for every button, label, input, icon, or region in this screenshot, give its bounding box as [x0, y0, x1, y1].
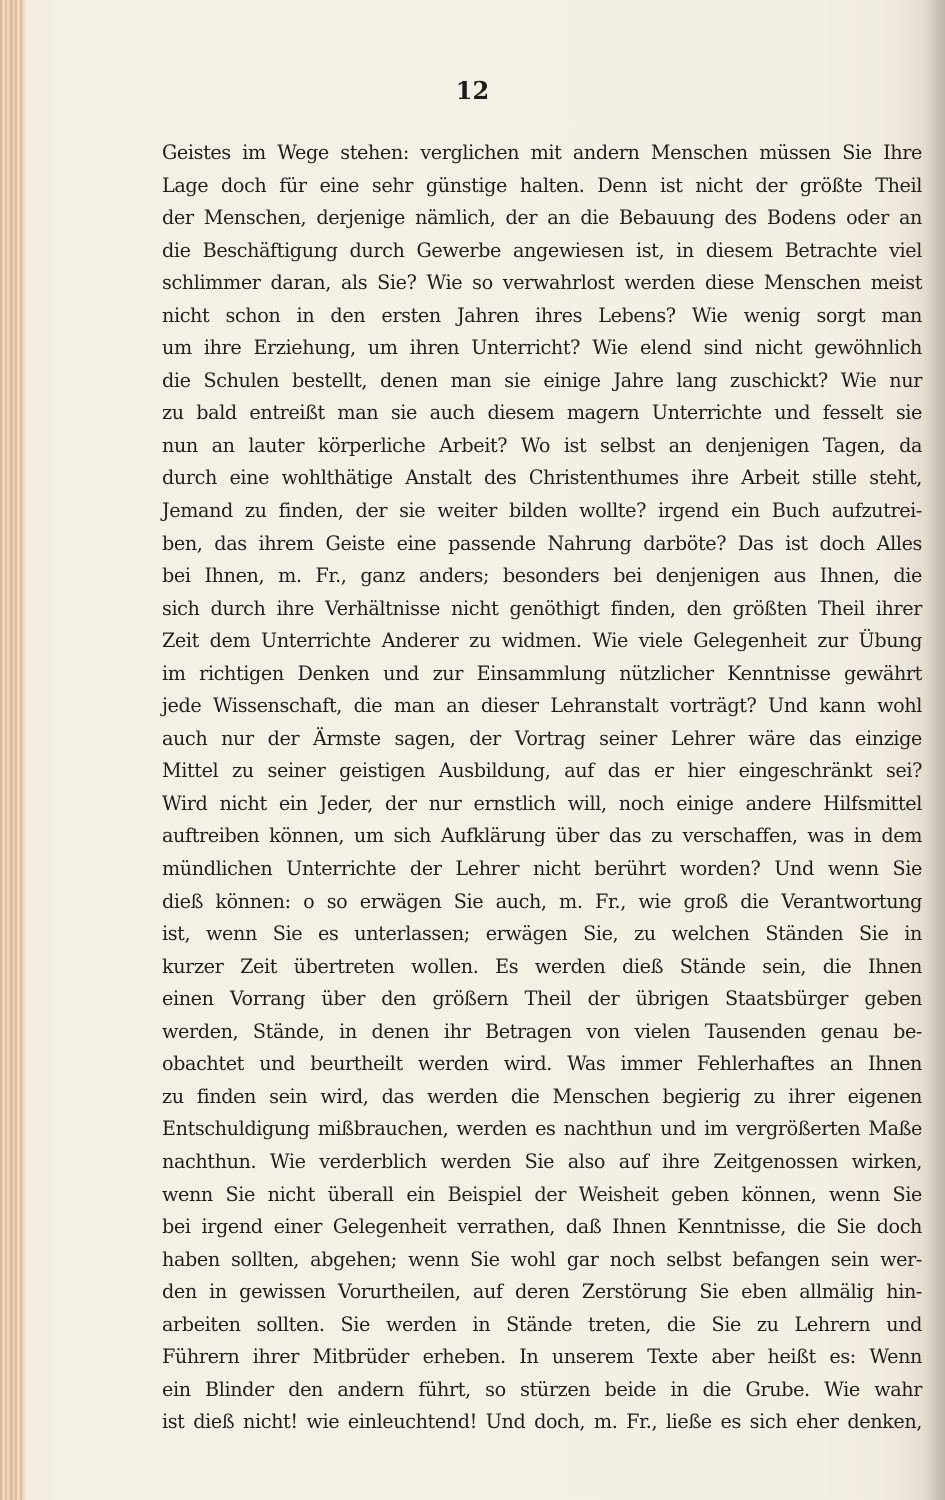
- text-line: Mittel zu seiner geistigen Ausbildung, a…: [162, 755, 922, 788]
- text-line: Führern ihrer Mitbrüder erheben. In unse…: [162, 1341, 922, 1374]
- text-line: ist, wenn Sie es unterlassen; erwägen Si…: [162, 918, 922, 951]
- text-line: dieß können: o so erwägen Sie auch, m. F…: [162, 886, 922, 919]
- text-line: Jemand zu finden, der sie weiter bilden …: [162, 495, 922, 528]
- text-line: zu finden sein wird, das werden die Mens…: [162, 1081, 922, 1114]
- text-line: der Menschen, derjenige nämlich, der an …: [162, 202, 922, 235]
- text-line: sich durch ihre Verhältnisse nicht genöt…: [162, 593, 922, 626]
- text-line: ben, das ihrem Geiste eine passende Nahr…: [162, 528, 922, 561]
- text-line: den in gewissen Vorurtheilen, auf deren …: [162, 1276, 922, 1309]
- text-line: arbeiten sollten. Sie werden in Stände t…: [162, 1309, 922, 1342]
- body-text: Geistes im Wege stehen: verglichen mit a…: [162, 137, 922, 1439]
- text-line: nun an lauter körperliche Arbeit? Wo ist…: [162, 430, 922, 463]
- text-line: ein Blinder den andern führt, so stürzen…: [162, 1374, 922, 1407]
- text-line: ist dieß nicht! wie einleuchtend! Und do…: [162, 1406, 922, 1439]
- text-line: nicht schon in den ersten Jahren ihres L…: [162, 300, 922, 333]
- scanned-page: 12 Geistes im Wege stehen: verglichen mi…: [0, 0, 945, 1500]
- text-line: nachthun. Wie verderblich werden Sie als…: [162, 1146, 922, 1179]
- text-line: Zeit dem Unterrichte Anderer zu widmen. …: [162, 625, 922, 658]
- text-line: obachtet und beurtheilt werden wird. Was…: [162, 1048, 922, 1081]
- text-line: bei Ihnen, m. Fr., ganz anders; besonder…: [162, 560, 922, 593]
- text-line: die Beschäftigung durch Gewerbe angewies…: [162, 235, 922, 268]
- text-line: haben sollten, abgehen; wenn Sie wohl ga…: [162, 1244, 922, 1277]
- text-line: werden, Stände, in denen ihr Betragen vo…: [162, 1016, 922, 1049]
- text-line: Geistes im Wege stehen: verglichen mit a…: [162, 137, 922, 170]
- text-line: im richtigen Denken und zur Einsammlung …: [162, 658, 922, 691]
- text-line: mündlichen Unterrichte der Lehrer nicht …: [162, 853, 922, 886]
- text-line: zu bald entreißt man sie auch diesem mag…: [162, 397, 922, 430]
- text-line: um ihre Erziehung, um ihren Unterricht? …: [162, 332, 922, 365]
- text-line: schlimmer daran, als Sie? Wie so verwahr…: [162, 267, 922, 300]
- text-line: Entschuldigung mißbrauchen, werden es na…: [162, 1113, 922, 1146]
- text-line: jede Wissenschaft, die man an dieser Leh…: [162, 690, 922, 723]
- text-line: wenn Sie nicht überall ein Beispiel der …: [162, 1179, 922, 1212]
- text-line: auch nur der Ärmste sagen, der Vortrag s…: [162, 723, 922, 756]
- text-line: Wird nicht ein Jeder, der nur ernstlich …: [162, 788, 922, 821]
- text-line: Lage doch für eine sehr günstige halten.…: [162, 170, 922, 203]
- text-line: einen Vorrang über den größern Theil der…: [162, 983, 922, 1016]
- text-line: kurzer Zeit übertreten wollen. Es werden…: [162, 951, 922, 984]
- book-page-edges: [0, 0, 24, 1500]
- text-line: die Schulen bestellt, denen man sie eini…: [162, 365, 922, 398]
- text-line: auftreiben können, um sich Aufklärung üb…: [162, 820, 922, 853]
- page-number: 12: [0, 76, 945, 105]
- text-line: durch eine wohlthätige Anstalt des Chris…: [162, 462, 922, 495]
- text-line: bei irgend einer Gelegenheit verrathen, …: [162, 1211, 922, 1244]
